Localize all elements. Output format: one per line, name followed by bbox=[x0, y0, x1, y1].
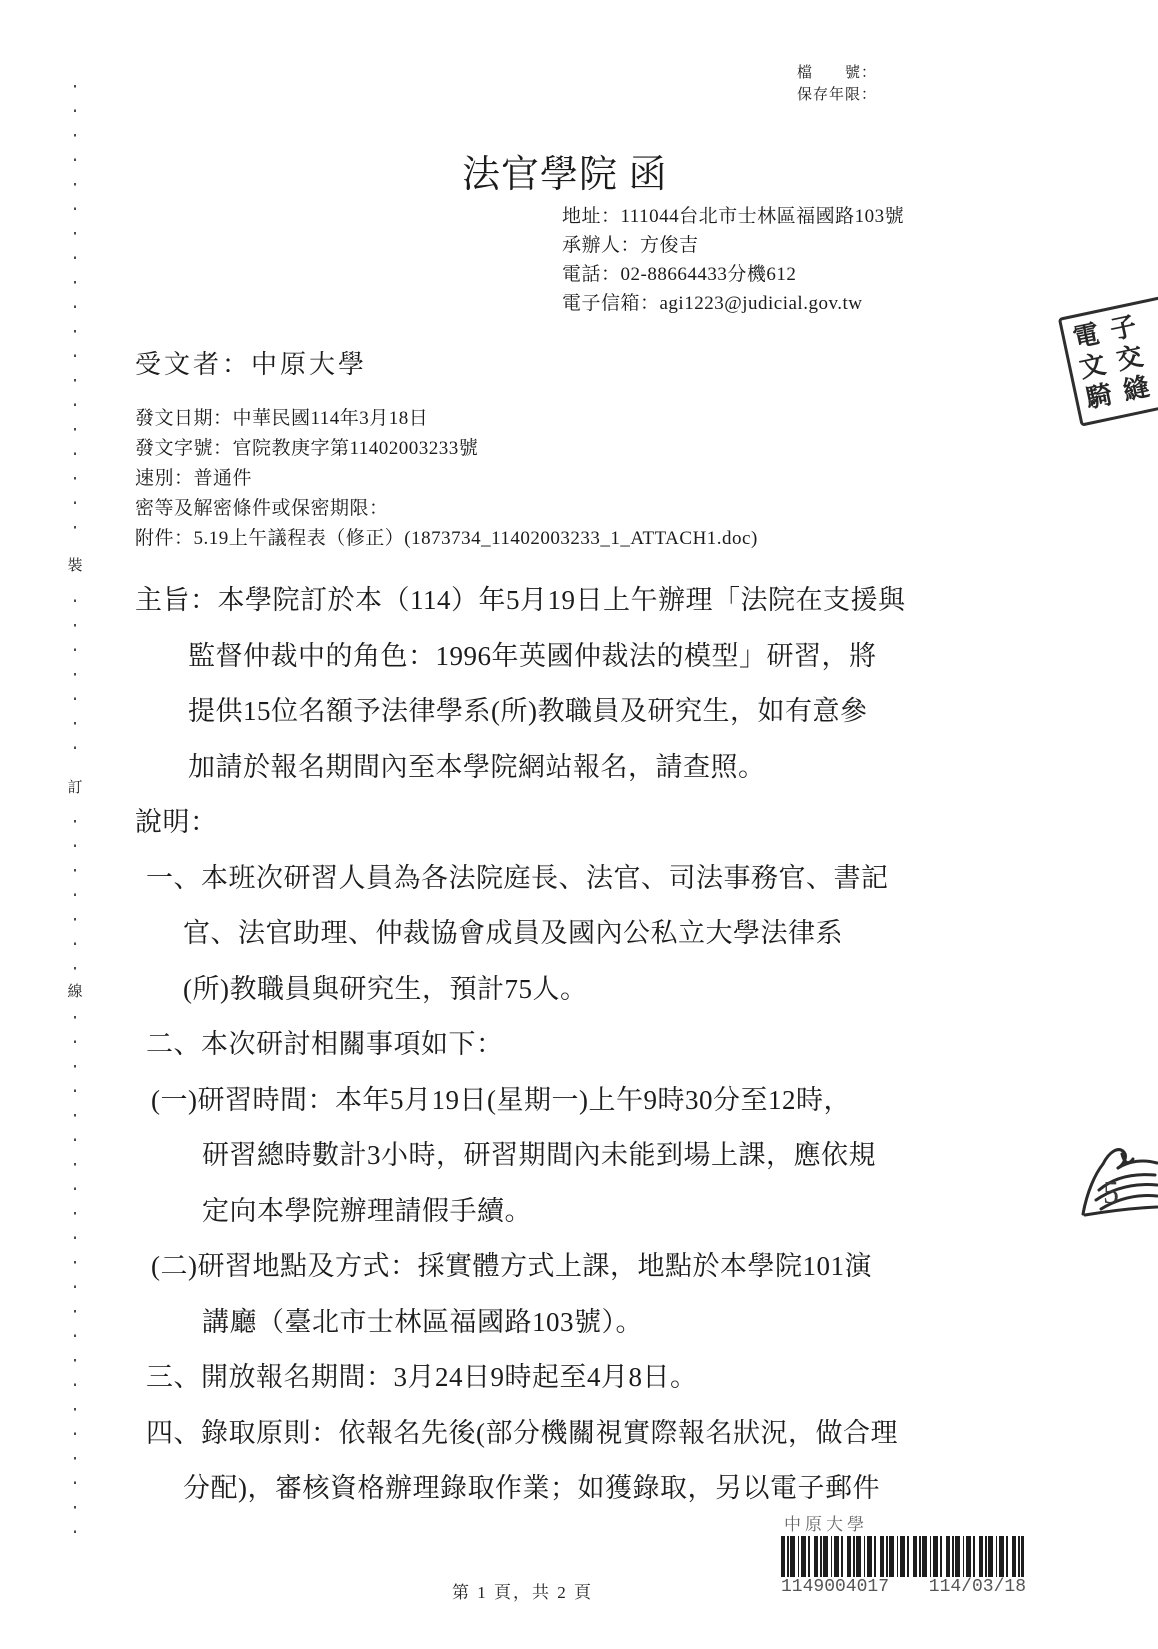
attachment-line: 附件：5.19上午議程表（修正）(1873734_11402003233_1_A… bbox=[135, 524, 758, 554]
subject-line: 主旨：本學院訂於本（114）年5月19日上午辦理「法院在支援與 bbox=[0, 573, 1040, 629]
agency-phone: 電話：02-88664433分機612 bbox=[562, 260, 904, 289]
file-no-label: 檔 號： bbox=[797, 62, 877, 84]
explanation-item-1: (所)教職員與研究生，預計75人。 bbox=[0, 962, 1040, 1018]
crumple-doodle: 5 bbox=[1073, 1140, 1158, 1218]
agency-contact-block: 地址：111044台北市士林區福國路103號 承辦人：方俊吉 電話：02-886… bbox=[562, 202, 904, 318]
barcode-date: 114/03/18 bbox=[929, 1577, 1026, 1597]
page-mark-number: 5 bbox=[1103, 1174, 1119, 1210]
subject-line: 提供15位名額予法律學系(所)教職員及研究生，如有意參 bbox=[0, 684, 1040, 740]
barcode-numbers: 1149004017 114/03/18 bbox=[781, 1577, 1026, 1597]
barcode-label: 中原大學 bbox=[784, 1510, 868, 1535]
explanation-item-1: 官、法官助理、仲裁協會成員及國內公私立大學法律系 bbox=[0, 906, 1040, 962]
recipient-line: 受文者：中原大學 bbox=[135, 344, 367, 381]
body-text: 主旨：本學院訂於本（114）年5月19日上午辦理「法院在支援與 監督仲裁中的角色… bbox=[0, 573, 1040, 1517]
binding-mark-zhuang: 裝 bbox=[66, 549, 84, 580]
subject-line: 加請於報名期間內至本學院網站報名，請查照。 bbox=[0, 740, 1040, 796]
explanation-item-2-1: 研習總時數計3小時，研習期間內未能到場上課，應依規 bbox=[0, 1128, 1040, 1184]
explanation-item-3: 三、開放報名期間：3月24日9時起至4月8日。 bbox=[0, 1350, 1040, 1406]
agency-address: 地址：111044台北市士林區福國路103號 bbox=[562, 202, 904, 231]
explanation-item-2: 二、本次研討相關事項如下： bbox=[0, 1017, 1040, 1073]
agency-email: 電子信箱：agi1223@judicial.gov.tw bbox=[562, 289, 904, 318]
speed-class: 速別：普通件 bbox=[135, 464, 758, 494]
barcode bbox=[781, 1536, 1024, 1577]
electronic-exchange-seam-stamp: 電子 文交 騎縫 bbox=[1058, 292, 1158, 426]
explanation-item-4: 分配)，審核資格辦理錄取作業；如獲錄取，另以電子郵件 bbox=[0, 1461, 1040, 1517]
explanation-item-2-2: (二)研習地點及方式：採實體方式上課，地點於本學院101演 bbox=[0, 1239, 1040, 1295]
explanation-heading: 說明： bbox=[0, 795, 1040, 851]
security-class: 密等及解密條件或保密期限： bbox=[135, 494, 758, 524]
explanation-item-2-2: 講廳（臺北市士林區福國路103號）。 bbox=[0, 1295, 1040, 1351]
page-footer: 第 1 頁，共 2 頁 bbox=[452, 1578, 593, 1603]
agency-contact-person: 承辦人：方俊吉 bbox=[562, 231, 904, 260]
document-page: 檔 號： 保存年限： 法官學院 函 地址：111044台北市士林區福國路103號… bbox=[0, 0, 1158, 1649]
subject-line: 監督仲裁中的角色：1996年英國仲裁法的模型」研習，將 bbox=[0, 629, 1040, 685]
barcode-number: 1149004017 bbox=[781, 1577, 889, 1597]
explanation-item-4: 四、錄取原則：依報名先後(部分機關視實際報名狀況，做合理 bbox=[0, 1406, 1040, 1462]
binding-mark-ding: 訂 bbox=[66, 771, 84, 802]
explanation-item-2-1: 定向本學院辦理請假手續。 bbox=[0, 1184, 1040, 1240]
binding-dotted-line bbox=[74, 85, 76, 1540]
retention-label: 保存年限： bbox=[797, 84, 877, 106]
explanation-item-1: 一、本班次研習人員為各法院庭長、法官、司法事務官、書記 bbox=[0, 851, 1040, 907]
explanation-item-2-1: (一)研習時間：本年5月19日(星期一)上午9時30分至12時， bbox=[0, 1073, 1040, 1129]
binding-mark-xian: 線 bbox=[66, 975, 84, 1006]
dispatch-number: 發文字號：官院教庚字第11402003233號 bbox=[135, 434, 758, 464]
dispatch-meta-block: 發文日期：中華民國114年3月18日 發文字號：官院教庚字第1140200323… bbox=[135, 404, 758, 554]
file-number-block: 檔 號： 保存年限： bbox=[797, 62, 877, 106]
dispatch-date: 發文日期：中華民國114年3月18日 bbox=[135, 404, 758, 434]
crumple-page-mark: 5 bbox=[1073, 1140, 1158, 1223]
document-title: 法官學院 函 bbox=[462, 143, 668, 198]
